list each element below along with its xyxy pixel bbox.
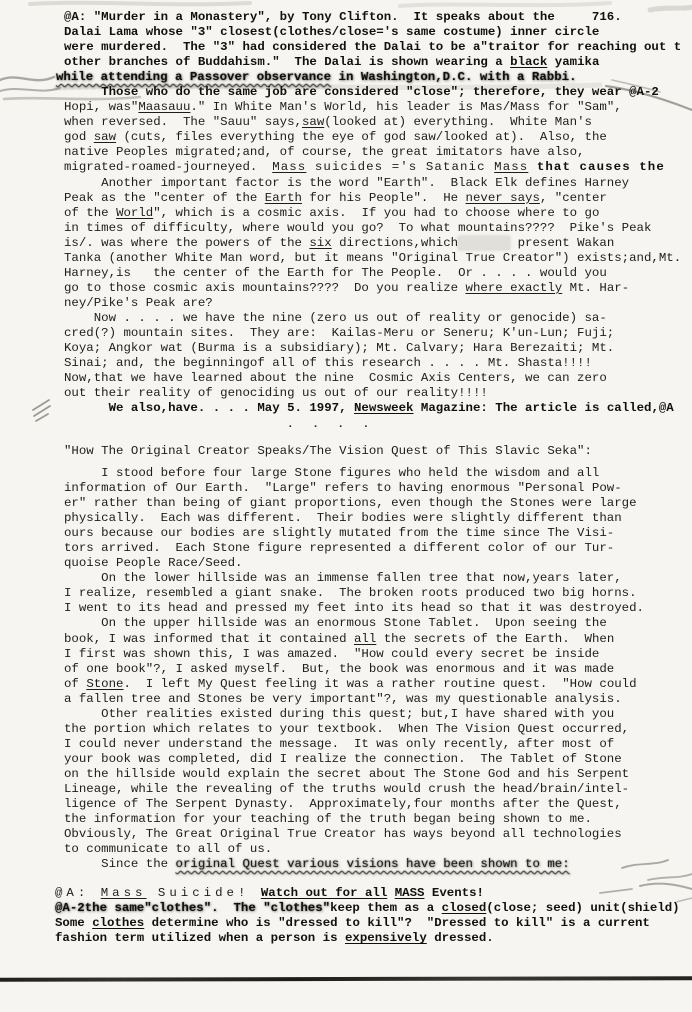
text-segment: other branches of Buddahism." The Dalai …: [64, 55, 510, 69]
text-line: tors arrived. Each Stone figure represen…: [64, 541, 644, 556]
text-segment: black: [510, 55, 547, 69]
text-segment: Other realities existed during this ques…: [64, 707, 614, 721]
text-segment: ney/Pike's Peak are?: [64, 296, 213, 310]
text-segment: saw: [302, 115, 324, 129]
text-segment: god: [64, 130, 94, 144]
text-line: Since the original Quest various visions…: [64, 857, 644, 872]
text-segment: Hopi, was": [64, 100, 138, 114]
text-segment: World: [116, 206, 153, 220]
margin-scribble-mark: [33, 400, 50, 421]
text-line: ney/Pike's Peak are?: [64, 296, 681, 311]
text-line: cred(?) mountain sites. They are: Kailas…: [64, 326, 681, 341]
left-margin-scribble: [0, 77, 54, 80]
text-segment: quoise People Race/Seed.: [64, 556, 242, 570]
section-heading: "How The Original Creator Speaks/The Vis…: [64, 444, 592, 459]
text-segment: Mt. Har-: [562, 281, 629, 295]
text-line: Dalai Lama whose "3" closest(clothes/clo…: [64, 25, 681, 40]
text-segment: Lineage, while the revealing of the trut…: [64, 782, 629, 796]
text-segment: Peak as the "center of the: [64, 191, 265, 205]
text-segment: (cuts, files everything the eye of god s…: [116, 130, 607, 144]
text-segment: Obviously, The Great Original True Creat…: [64, 827, 622, 841]
text-segment: I went to its head and pressed my feet i…: [64, 601, 644, 615]
text-segment: Some: [55, 916, 92, 930]
text-line: physically. Each was different. Their bo…: [64, 511, 644, 526]
text-segment: I first was shown this, I was amazed. "H…: [64, 647, 599, 661]
text-line: Tanka (another White Man word, but it me…: [64, 251, 681, 266]
top-edge-smudge: [400, 3, 610, 6]
text-segment: I could never understand the message. It…: [64, 737, 614, 751]
text-segment: Newsweek: [354, 401, 414, 415]
text-segment: Maasauu: [138, 100, 190, 114]
text-line: in times of difficulty, where would you …: [64, 221, 681, 236]
text-line: ours because our bodies are slightly mut…: [64, 526, 644, 541]
text-segment: On the upper hillside was an enormous St…: [64, 616, 607, 630]
text-line: god saw (cuts, files everything the eye …: [64, 130, 681, 145]
text-line: Hopi, was"Maasauu." In White Man's World…: [64, 100, 681, 115]
left-margin-scribble: [0, 88, 60, 91]
text-segment: while attending a Passover observance: [56, 70, 331, 84]
text-segment: suicides ='s Satanic: [306, 160, 494, 174]
text-line: Lineage, while the revealing of the trut…: [64, 782, 644, 797]
text-line: a fallen tree and Stones be very importa…: [64, 692, 644, 707]
text-segment: I stood before four large Stone figures …: [64, 466, 599, 480]
text-segment: of the: [64, 206, 116, 220]
text-segment: dressed.: [427, 931, 494, 945]
text-segment: Another important factor is the word "Ea…: [64, 176, 629, 190]
footer-notes: @A: Mass Suicide! Watch out for all MASS…: [55, 886, 680, 946]
text-line: of one book"?, I asked myself. But, the …: [64, 662, 644, 677]
text-line: Koya; Angkor wat (Burma is a subsidiary)…: [64, 341, 681, 356]
pen-underline-squiggle: [648, 874, 692, 880]
text-segment: We also,have. . . . May 5. 1997,: [64, 401, 354, 415]
text-line: other branches of Buddahism." The Dalai …: [64, 55, 681, 70]
text-line: native Peoples migrated;and, of course, …: [64, 145, 681, 160]
text-line: of Stone. I left My Quest feeling it was…: [64, 677, 644, 692]
text-segment: Harney,is the center of the Earth for Th…: [64, 266, 607, 280]
text-segment: Earth: [265, 191, 302, 205]
bottom-rule: [0, 976, 692, 981]
text-segment: Mass: [101, 886, 147, 900]
text-line: on the hillside would explain the secret…: [64, 767, 644, 782]
text-segment: present Wakan: [510, 236, 614, 250]
text-segment: Events!: [424, 886, 484, 900]
text-segment: @A: "Murder in a Monastery", by Tony Cli…: [64, 10, 622, 24]
text-segment: er" rather than being of giant proportio…: [64, 496, 637, 510]
text-segment: Now,that we have learned about the nine …: [64, 371, 607, 385]
vision-quest-paragraphs: I stood before four large Stone figures …: [64, 466, 644, 872]
overstrike-dots: . . . .: [287, 419, 375, 431]
text-segment: Watch out for all: [261, 886, 387, 900]
text-segment: Dalai Lama whose "3" closest(clothes/clo…: [64, 25, 599, 39]
text-segment: (looked at) everything. White Man's: [324, 115, 592, 129]
text-segment: Since the: [64, 857, 176, 871]
text-line: I went to its head and pressed my feet i…: [64, 601, 644, 616]
top-edge-smudge: [30, 3, 250, 5]
text-segment: of: [64, 677, 86, 691]
text-segment: for his People". He: [302, 191, 466, 205]
text-segment: original Quest various visions have been…: [176, 857, 570, 871]
text-segment: the secrets of the Earth. When: [376, 632, 614, 646]
text-segment: clothes: [92, 916, 144, 930]
text-line: I stood before four large Stone figures …: [64, 466, 644, 481]
text-segment: of one book"?, I asked myself. But, the …: [64, 662, 614, 676]
text-segment: book, I was informed that it contained: [64, 632, 354, 646]
text-line: On the upper hillside was an enormous St…: [64, 616, 644, 631]
text-line: Now,that we have learned about the nine …: [64, 371, 681, 386]
text-segment: "How The Original Creator Speaks/The Vis…: [64, 444, 592, 458]
text-line: We also,have. . . . May 5. 1997, Newswee…: [64, 401, 681, 416]
text-segment: to communicate to all of us.: [64, 842, 272, 856]
text-line: I realize, resembled a giant snake. The …: [64, 586, 644, 601]
text-line: I could never understand the message. It…: [64, 737, 644, 752]
text-segment: is/. was where the powers of the: [64, 236, 309, 250]
text-segment: directions,which: [332, 236, 458, 250]
text-line: the information for your teaching of the…: [64, 812, 644, 827]
text-segment: a fallen tree and Stones be very importa…: [64, 692, 622, 706]
text-segment: native Peoples migrated;and, of course, …: [64, 145, 585, 159]
text-segment: Those who do the same job are considered…: [64, 85, 659, 99]
text-segment: [458, 236, 510, 250]
text-segment: when reversed. The "Sauu" says,: [64, 115, 302, 129]
text-segment: all: [354, 632, 376, 646]
text-segment: ours because our bodies are slightly mut…: [64, 526, 614, 540]
text-segment: fashion term utilized when a person is: [55, 931, 345, 945]
text-segment: the information for your teaching of the…: [64, 812, 592, 826]
text-segment: six: [309, 236, 331, 250]
text-segment: ligence of The Serpent Dynasty. Approxim…: [64, 797, 622, 811]
text-segment: in times of difficulty, where would you …: [64, 221, 651, 235]
text-segment: tors arrived. Each Stone figure represen…: [64, 541, 614, 555]
text-segment: ", which is a cosmic axis. If you had to…: [153, 206, 599, 220]
text-line: your book was completed, did I realize t…: [64, 752, 644, 767]
text-segment: ." In White Man's World, his leader is M…: [190, 100, 621, 114]
text-segment: expensively: [345, 931, 427, 945]
text-line: ligence of The Serpent Dynasty. Approxim…: [64, 797, 644, 812]
text-line: Some clothes determine who is "dressed t…: [55, 916, 680, 931]
text-line: out their reality of genociding us out o…: [64, 386, 681, 401]
text-segment: on the hillside would explain the secret…: [64, 767, 629, 781]
text-segment: never says: [466, 191, 540, 205]
text-line: to communicate to all of us.: [64, 842, 644, 857]
text-segment: your book was completed, did I realize t…: [64, 752, 622, 766]
text-line: when reversed. The "Sauu" says,saw(looke…: [64, 115, 681, 130]
text-line: @A-2the same"clothes". The "clothes"keep…: [55, 901, 680, 916]
text-line: "How The Original Creator Speaks/The Vis…: [64, 444, 592, 459]
text-segment: in Washington,D.C. with a Rabbi.: [331, 70, 576, 84]
text-line: the portion which relates to your textbo…: [64, 722, 644, 737]
text-line: Peak as the "center of the Earth for his…: [64, 191, 681, 206]
text-line: Harney,is the center of the Earth for Th…: [64, 266, 681, 281]
text-segment: Mass: [272, 160, 306, 174]
text-segment: go to those cosmic axis mountains???? Do…: [64, 281, 466, 295]
text-line: Those who do the same job are considered…: [64, 85, 681, 100]
text-segment: closed: [442, 901, 487, 915]
text-segment: MASS: [395, 886, 425, 900]
text-line: Sinai; and, the beginningof all of this …: [64, 356, 681, 371]
text-segment: that causes the: [528, 160, 665, 174]
text-segment: On the lower hillside was an immense fal…: [64, 571, 622, 585]
text-segment: saw: [94, 130, 116, 144]
text-segment: I realize, resembled a giant snake. The …: [64, 586, 637, 600]
text-line: quoise People Race/Seed.: [64, 556, 644, 571]
text-segment: Koya; Angkor wat (Burma is a subsidiary)…: [64, 341, 614, 355]
text-segment: , "center: [540, 191, 607, 205]
text-segment: Suicide!: [147, 886, 261, 900]
text-line: Another important factor is the word "Ea…: [64, 176, 681, 191]
text-line: book, I was informed that it contained a…: [64, 632, 644, 647]
text-line: fashion term utilized when a person is e…: [55, 931, 680, 946]
text-segment: @A:: [55, 886, 101, 900]
text-segment: information of Our Earth. "Large" refers…: [64, 481, 622, 495]
text-segment: Sinai; and, the beginningof all of this …: [64, 356, 592, 370]
text-segment: Tanka (another White Man word, but it me…: [64, 251, 681, 265]
text-line: migrated-roamed-journeyed. Mass suicides…: [64, 160, 681, 175]
text-segment: Mass: [494, 160, 528, 174]
text-line: On the lower hillside was an immense fal…: [64, 571, 644, 586]
text-segment: determine who is "dressed to kill"? "Dre…: [144, 916, 650, 930]
text-segment: yamika: [547, 55, 599, 69]
intro-paragraphs: @A: "Murder in a Monastery", by Tony Cli…: [64, 10, 681, 416]
text-line: I first was shown this, I was amazed. "H…: [64, 647, 644, 662]
text-line: Other realities existed during this ques…: [64, 707, 644, 722]
text-segment: keep them as a: [330, 901, 442, 915]
text-line: were murdered. The "3" had considered th…: [64, 40, 681, 55]
text-line: information of Our Earth. "Large" refers…: [64, 481, 644, 496]
text-segment: the portion which relates to your textbo…: [64, 722, 629, 736]
text-line: er" rather than being of giant proportio…: [64, 496, 644, 511]
text-segment: . I left My Quest feeling it was a rathe…: [124, 677, 637, 691]
text-line: Obviously, The Great Original True Creat…: [64, 827, 644, 842]
text-segment: Stone: [86, 677, 123, 691]
text-line: is/. was where the powers of the six dir…: [64, 236, 681, 251]
text-line: @A: "Murder in a Monastery", by Tony Cli…: [64, 10, 681, 25]
text-segment: were murdered. The "3" had considered th…: [64, 40, 681, 54]
text-segment: physically. Each was different. Their bo…: [64, 511, 622, 525]
text-line: @A: Mass Suicide! Watch out for all MASS…: [55, 886, 680, 901]
text-line: of the World", which is a cosmic axis. I…: [64, 206, 681, 221]
text-line: while attending a Passover observance in…: [56, 70, 681, 85]
text-segment: [387, 886, 394, 900]
text-segment: migrated-roamed-journeyed.: [64, 160, 272, 174]
text-segment: Now . . . . we have the nine (zero us ou…: [64, 311, 607, 325]
text-segment: cred(?) mountain sites. They are: Kailas…: [64, 326, 614, 340]
text-segment: out their reality of genociding us out o…: [64, 386, 488, 400]
text-segment: Magazine: The article is called,@A: [414, 401, 674, 415]
text-segment: (close; seed) unit(shield): [486, 901, 679, 915]
text-segment: where exactly: [466, 281, 563, 295]
scanned-typewritten-page: @A: "Murder in a Monastery", by Tony Cli…: [0, 0, 692, 1012]
text-line: Now . . . . we have the nine (zero us ou…: [64, 311, 681, 326]
text-line: go to those cosmic axis mountains???? Do…: [64, 281, 681, 296]
text-segment: @A-2the same"clothes". The "clothes": [55, 901, 330, 915]
